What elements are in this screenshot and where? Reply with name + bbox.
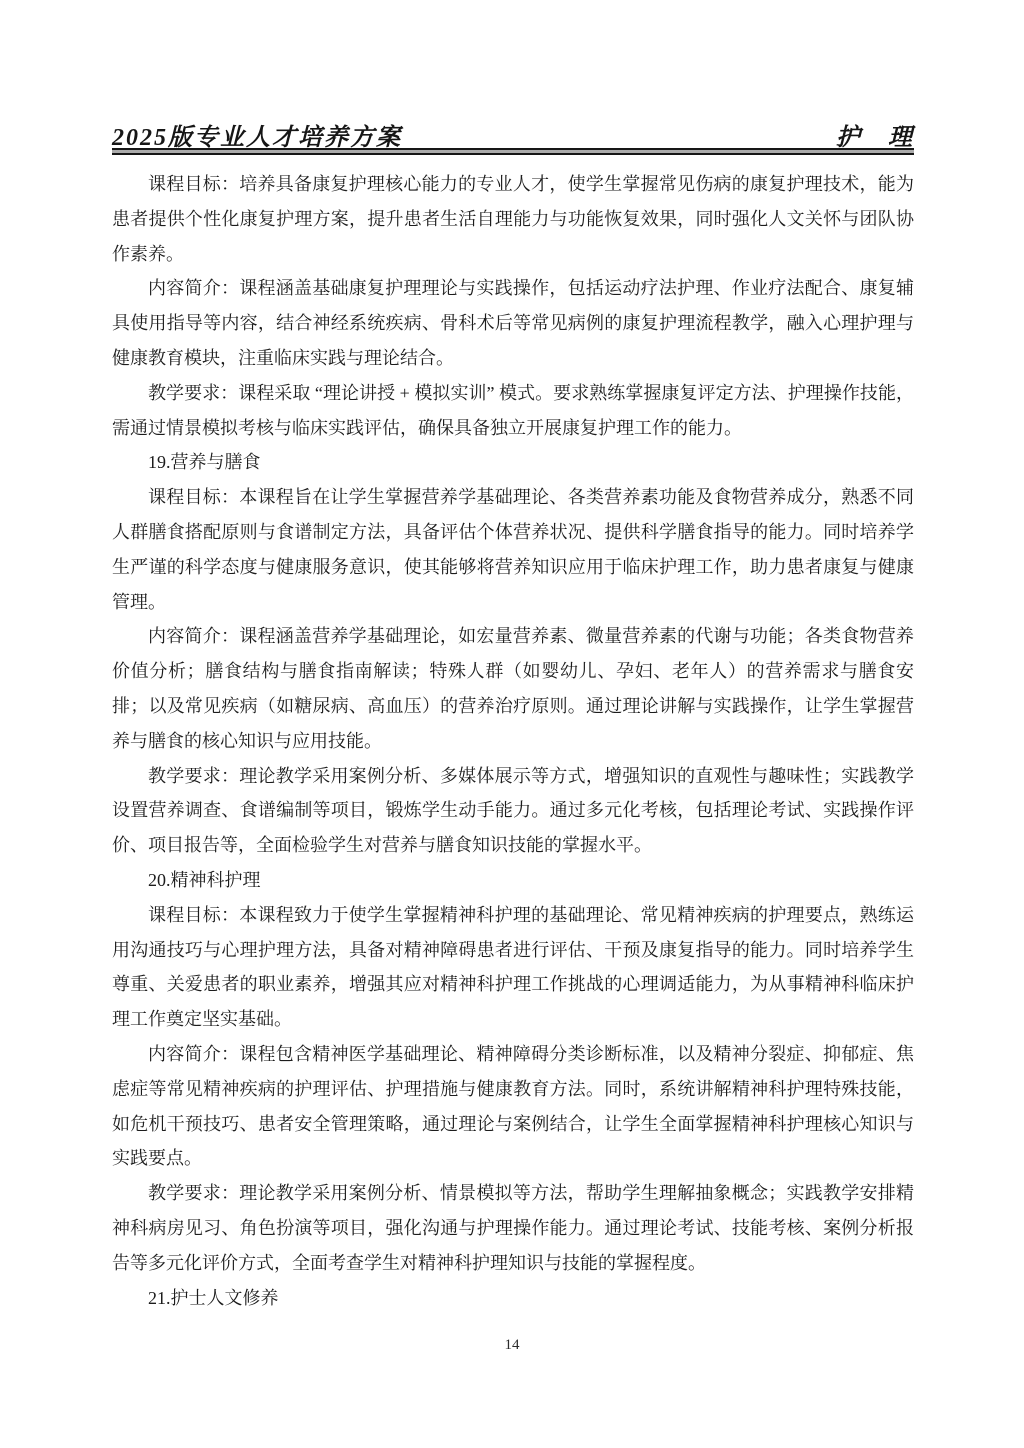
para-nutrition-course-objective: 课程目标：本课程旨在让学生掌握营养学基础理论、各类营养素功能及食物营养成分，熟悉… (112, 480, 914, 619)
page-header: 2025版专业人才培养方案 护 理 (112, 117, 914, 152)
document-page: 2025版专业人才培养方案 护 理 课程目标：培养具备康复护理核心能力的专业人才… (0, 0, 1024, 1448)
para-nutrition-teaching-req: 教学要求：理论教学采用案例分析、多媒体展示等方式，增强知识的直观性与趣味性；实践… (112, 759, 914, 863)
para-psychiatric-teaching-req: 教学要求：理论教学采用案例分析、情景模拟等方法，帮助学生理解抽象概念；实践教学安… (112, 1176, 914, 1280)
header-left-title: 2025版专业人才培养方案 (112, 117, 402, 152)
page-number: 14 (505, 1337, 520, 1353)
para-rehab-course-objective: 课程目标：培养具备康复护理核心能力的专业人才，使学生掌握常见伤病的康复护理技术，… (112, 167, 914, 271)
para-psychiatric-content-intro: 内容简介：课程包含精神医学基础理论、精神障碍分类诊断标准，以及精神分裂症、抑郁症… (112, 1037, 914, 1176)
document-body: 课程目标：培养具备康复护理核心能力的专业人才，使学生掌握常见伤病的康复护理技术，… (112, 167, 914, 1315)
section-heading-20-psychiatric: 20.精神科护理 (112, 863, 914, 898)
para-nutrition-content-intro: 内容简介：课程涵盖营养学基础理论，如宏量营养素、微量营养素的代谢与功能；各类食物… (112, 619, 914, 758)
section-heading-19-nutrition: 19.营养与膳食 (112, 445, 914, 480)
header-rule (112, 148, 914, 155)
para-rehab-content-intro: 内容简介：课程涵盖基础康复护理理论与实践操作，包括运动疗法护理、作业疗法配合、康… (112, 271, 914, 375)
para-rehab-teaching-req: 教学要求：课程采取 “理论讲授 + 模拟实训” 模式。要求熟练掌握康复评定方法、… (112, 376, 914, 446)
para-psychiatric-course-objective: 课程目标：本课程致力于使学生掌握精神科护理的基础理论、常见精神疾病的护理要点，熟… (112, 898, 914, 1037)
header-right-title: 护 理 (836, 117, 914, 152)
page-footer: 14 (0, 1337, 1024, 1354)
section-heading-21-humanities: 21.护士人文修养 (112, 1281, 914, 1316)
